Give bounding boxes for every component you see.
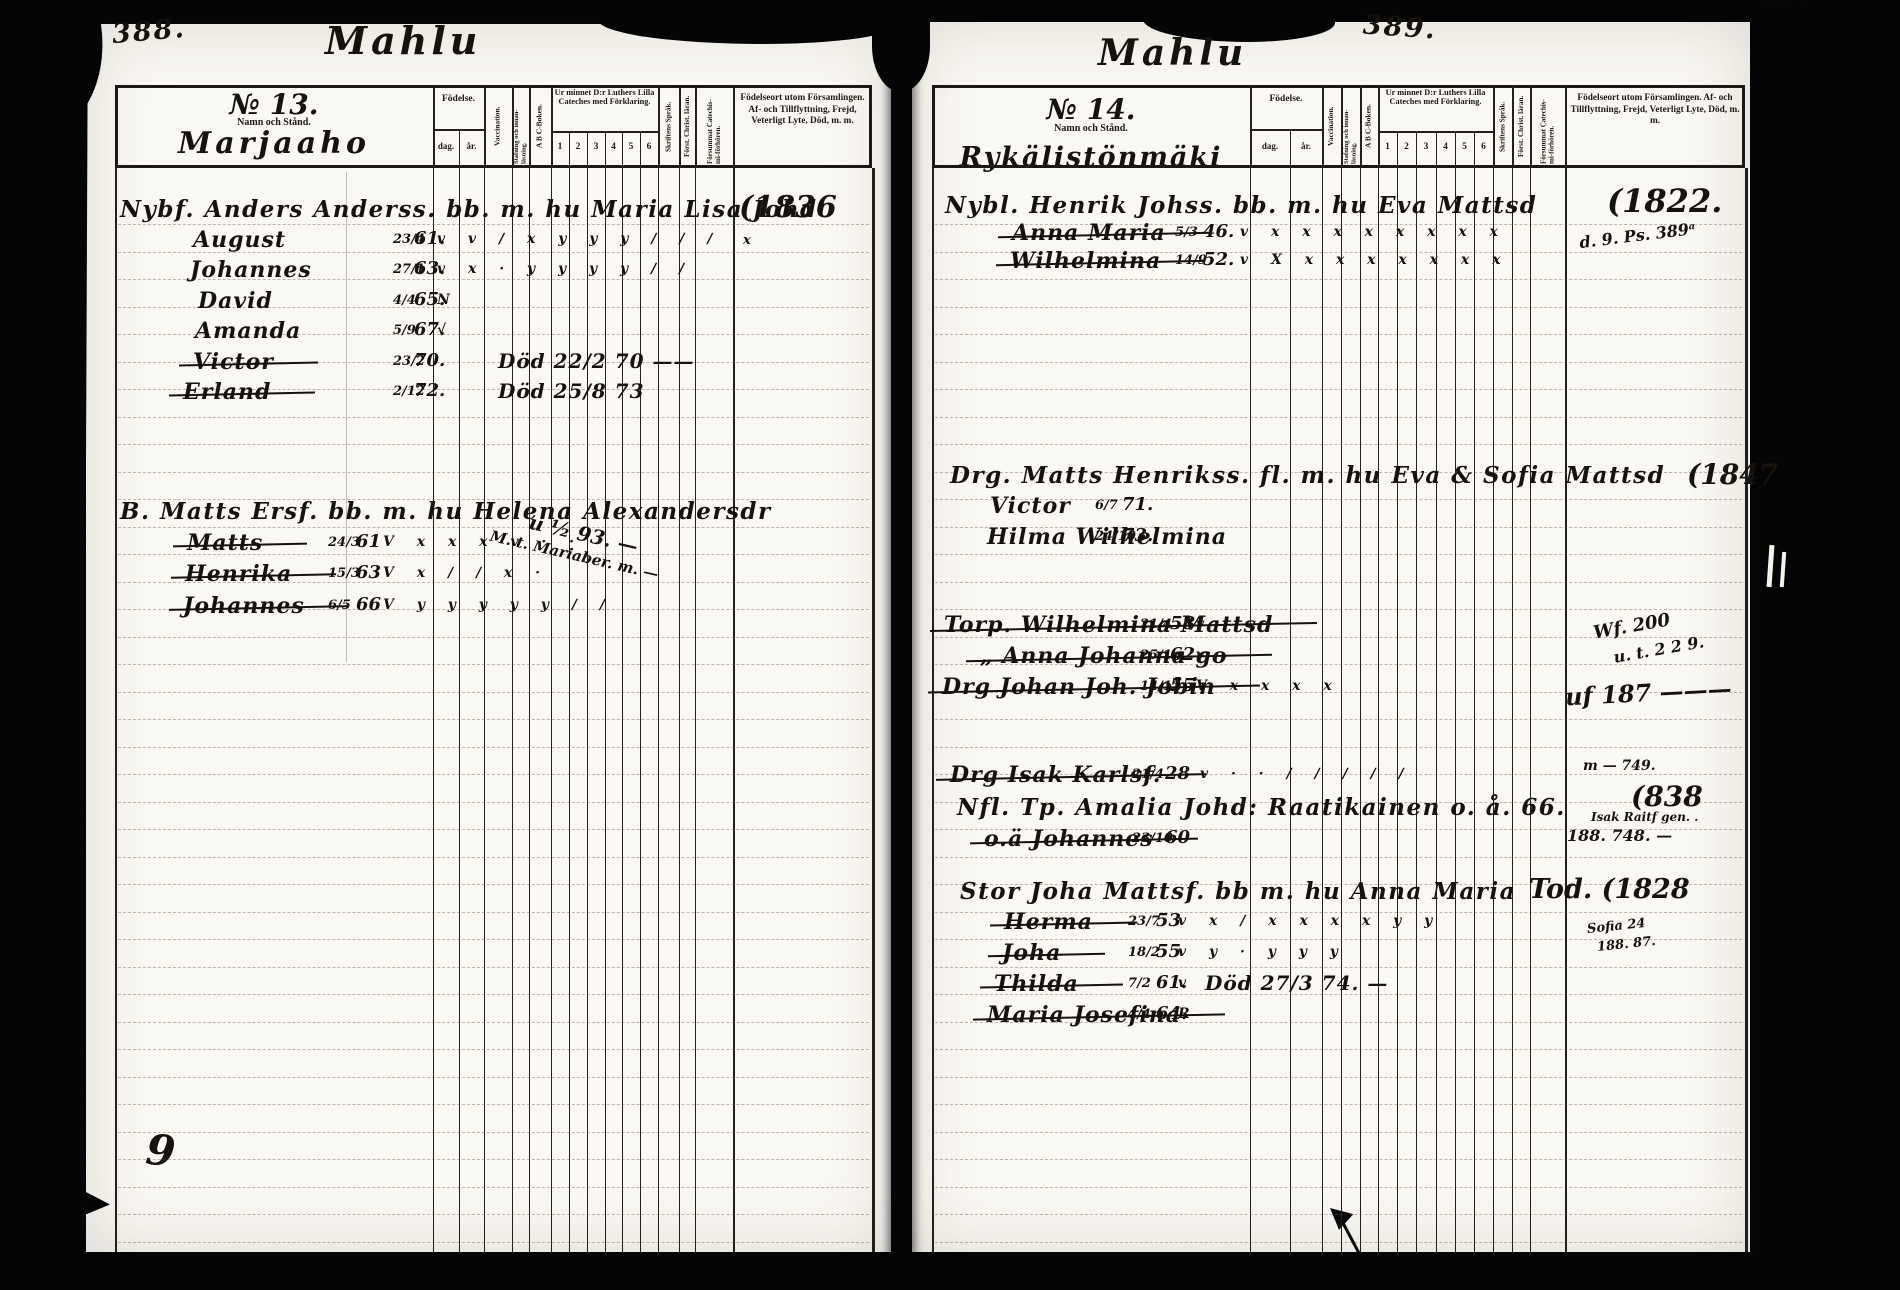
death-note: Död 27/3 74. — — [1205, 971, 1388, 995]
person-name: David — [198, 288, 273, 314]
column-line — [1397, 168, 1398, 1252]
ruling-line — [118, 472, 869, 473]
ruling-line — [935, 1159, 1742, 1160]
column-line — [872, 168, 875, 1252]
birth-year: 60 — [1165, 827, 1190, 848]
person-name: Herma — [1004, 909, 1093, 935]
ruling-line — [118, 664, 869, 665]
printed-header-label-vertical: Försummat Catechis- mi-förhören. — [695, 89, 733, 164]
exam-marks: v — [1196, 647, 1213, 663]
village-title-left: Mahlu — [325, 18, 481, 63]
birth-year: 58 — [1170, 613, 1195, 634]
person-name: Nybl. Henrik Johss. bb. m. hu Eva Mattsd — [945, 192, 1537, 219]
ruling-line — [935, 279, 1742, 280]
exam-marks: v y · y y y — [1178, 944, 1347, 960]
printed-header-label: 4 — [605, 142, 622, 153]
margin-note: (1836 — [739, 190, 837, 225]
printed-header-label: dag. — [433, 141, 459, 151]
person-name: Matts — [187, 530, 263, 556]
ruling-line — [935, 1214, 1742, 1215]
rule-line — [1250, 129, 1322, 131]
ruling-line — [118, 1104, 869, 1105]
printed-header-label: Födelseort utom Församlingen. Af- och Ti… — [737, 93, 868, 128]
printed-header-label: Ur minnet D:r Luthers Lilla Cateches med… — [1380, 88, 1491, 107]
person-name: Johannes — [183, 593, 305, 619]
column-line — [1436, 168, 1437, 1252]
person-name: Nfl. Tp. Amalia Johd: Raatikainen o. å. … — [957, 794, 1566, 821]
ruling-line — [118, 1159, 869, 1160]
page-number-right: 389. — [1362, 9, 1438, 45]
exam-marks: V x ∕ ∕ x · — [383, 565, 549, 581]
exam-marks: V y y y y y ∕ ∕ — [383, 597, 614, 613]
scan-margin-right — [1750, 0, 1900, 1290]
ruling-line — [935, 334, 1742, 335]
margin-note: Tod. (1828 — [1529, 874, 1690, 905]
death-note: Död 22/2 70 —— — [498, 349, 694, 373]
exam-marks: v x · y y y y ∕ ∕ — [437, 261, 693, 277]
column-line — [1474, 168, 1475, 1252]
birth-year: 28 — [1165, 763, 1190, 784]
ruling-line — [118, 692, 869, 693]
person-name: Johannes — [190, 257, 312, 283]
column-line — [1455, 168, 1456, 1252]
ruling-line — [935, 1104, 1742, 1105]
ruling-line — [935, 389, 1742, 390]
ruling-line — [935, 307, 1742, 308]
person-name: Wilhelmina — [1010, 248, 1161, 274]
printed-header-label-vertical: Först. Christ. läran. — [1512, 89, 1530, 164]
birth-day: 5/9 — [393, 323, 416, 338]
ruling-line — [118, 1187, 869, 1188]
birth-day: 25/1 — [1140, 648, 1172, 663]
book-binding — [891, 0, 912, 1290]
person-name: Nybf. Anders Anderss. bb. m. hu Maria Li… — [120, 196, 818, 223]
column-line — [529, 168, 530, 1252]
person-name: Anna Maria — [1012, 220, 1166, 246]
exam-marks: N — [437, 292, 459, 308]
exam-marks: v x ∕ x x x x y y — [1178, 913, 1441, 929]
column-line — [733, 85, 735, 168]
column-line — [1493, 168, 1494, 1252]
ruling-line — [118, 637, 869, 638]
margin-note: Isak Raitf gen. . — [1591, 810, 1698, 824]
ruling-line — [935, 1077, 1742, 1078]
printed-header-label: 5 — [622, 142, 640, 153]
ruling-line — [935, 719, 1742, 720]
printed-header-label: år. — [1290, 141, 1322, 151]
page-number-left: 388. — [111, 13, 187, 50]
column-line — [115, 168, 117, 1252]
ruling-line — [118, 884, 869, 885]
person-name: Henrika — [185, 561, 292, 587]
birth-day: 5/3 — [1175, 225, 1198, 240]
ruling-line — [935, 362, 1742, 363]
column-line — [569, 168, 570, 1252]
printed-header-label: 1 — [1378, 142, 1397, 153]
ruling-line — [118, 1049, 869, 1050]
column-line — [1745, 168, 1748, 1252]
printed-header-label-vertical: Skriftens Språk. — [1493, 89, 1512, 164]
scan-margin-left — [0, 0, 88, 1290]
column-line — [1416, 168, 1417, 1252]
column-line — [551, 168, 552, 1252]
ruling-line — [118, 829, 869, 830]
printed-header-label-vertical: Vaccination. — [484, 89, 512, 164]
ruling-line — [935, 747, 1742, 748]
column-line — [1250, 168, 1251, 1252]
margin-note: (838 — [1631, 780, 1703, 813]
margin-note: (1847 — [1687, 458, 1778, 491]
exam-marks: v X x x x x x x x — [1240, 252, 1509, 268]
printed-header-label-vertical: Stafning och innan-läsning. — [1341, 89, 1360, 164]
column-line — [459, 168, 460, 1252]
ruling-line — [118, 802, 869, 803]
column-line — [640, 168, 641, 1252]
person-name: o.ä Johannes — [984, 826, 1154, 852]
birth-day: 21/4 — [1132, 767, 1164, 782]
person-name: B. Matts Ersf. bb. m. hu Helena Alexande… — [120, 498, 772, 525]
rule-line — [551, 131, 658, 133]
exam-marks: v x x x x x x x x — [1240, 224, 1507, 240]
ruling-line — [118, 1077, 869, 1078]
column-line — [1530, 168, 1531, 1252]
birth-year: 62 — [1170, 644, 1195, 665]
printed-header-label: dag. — [1250, 141, 1290, 151]
printed-header-label: 3 — [1416, 142, 1436, 153]
binding-top-blot — [872, 0, 930, 92]
ruling-line — [118, 747, 869, 748]
person-name: Maria Josefina — [987, 1002, 1181, 1028]
scanned-parish-register: 388. 389. Mahlu Mahlu № 13. Namn och Stå… — [0, 0, 1900, 1290]
birth-day: 4/4 — [1128, 1007, 1151, 1022]
birth-year: 70. — [414, 350, 445, 371]
printed-header-label: 2 — [1397, 142, 1416, 153]
person-name: August — [193, 227, 286, 253]
exam-marks: v — [1178, 975, 1195, 991]
printed-header-label-vertical: Stafning och innan-läsning. — [512, 89, 529, 164]
exam-marks: v — [1196, 616, 1213, 632]
column-line — [484, 168, 485, 1252]
person-name: Thilda — [994, 971, 1079, 997]
ruling-line — [935, 582, 1742, 583]
column-line — [695, 168, 696, 1252]
column-line — [1341, 168, 1342, 1252]
birth-day: 6/7 — [1095, 498, 1118, 513]
person-name: Stor Joha Mattsf. bb m. hu Anna Maria — [960, 878, 1516, 905]
exam-marks: v v ∕ x y y y ∕ ∕ ∕ — [437, 231, 721, 247]
column-line — [1378, 168, 1379, 1252]
village-title-right: Mahlu — [1098, 32, 1247, 74]
exam-marks: v · · ∕ ∕ ∕ ∕ ∕ — [1200, 766, 1413, 782]
ruling-line — [935, 1132, 1742, 1133]
rule-line — [433, 129, 484, 131]
ruling-line — [935, 857, 1742, 858]
printed-header-label: år. — [459, 141, 484, 151]
printed-header-label-vertical: Först. Christ. läran. — [679, 89, 695, 164]
printed-header-label: 4 — [1436, 142, 1455, 153]
birth-year: 71. — [1122, 494, 1153, 515]
printed-header-label: 6 — [640, 142, 658, 153]
margin-note: 188. 748. — — [1567, 826, 1672, 845]
ruling-line — [118, 912, 869, 913]
person-name: Victor — [193, 349, 274, 375]
scan-margin-bottom — [0, 1252, 1900, 1290]
person-name: Torp. Wilhelmina Mattsd — [944, 612, 1273, 638]
ruling-line — [935, 967, 1742, 968]
person-name: Drg. Matts Henrikss. fl. m. hu Eva & Sof… — [950, 462, 1665, 489]
printed-header-label: Födelseort utom Församlingen. Af- och Ti… — [1569, 93, 1741, 128]
printed-header-label: 3 — [587, 142, 605, 153]
person-name: Amanda — [195, 318, 301, 344]
ruling-line — [118, 719, 869, 720]
birth-day: 21/4 — [1140, 617, 1172, 632]
column-line — [1512, 168, 1513, 1252]
birth-day: 4/4 — [393, 293, 416, 308]
ruling-line — [118, 1214, 869, 1215]
ruling-line — [118, 1242, 869, 1243]
exam-marks: V x x x x — [1196, 678, 1341, 694]
ruling-line — [118, 994, 869, 995]
death-note: Död 25/8 73 — [498, 379, 644, 403]
ruling-line — [935, 417, 1742, 418]
birth-year: 52. — [1203, 249, 1234, 270]
printed-header-label-vertical: Vaccination. — [1322, 89, 1341, 164]
printed-header-label-vertical: A B C-Boken. — [1360, 89, 1378, 164]
printed-header-label: 2 — [569, 142, 587, 153]
ruling-line — [935, 609, 1742, 610]
ruling-line — [118, 444, 869, 445]
ruling-line — [118, 967, 869, 968]
ruling-line — [935, 444, 1742, 445]
column-line — [622, 168, 623, 1252]
exam-marks: √ — [437, 322, 455, 338]
person-name: Joha — [1002, 940, 1061, 966]
column-line — [679, 168, 680, 1252]
printed-header-label-vertical: A B C-Boken. — [529, 89, 551, 164]
ruling-line — [118, 1022, 869, 1023]
column-line — [605, 168, 606, 1252]
printed-header-label: Ur minnet D:r Luthers Lilla Cateches med… — [553, 88, 656, 107]
ruling-line — [935, 554, 1742, 555]
margin-note: x — [743, 233, 751, 248]
ruling-line — [935, 1049, 1742, 1050]
column-line — [1360, 168, 1361, 1252]
printed-header-label: Födelse. — [1250, 94, 1322, 105]
birth-day: 7/2 — [1128, 976, 1151, 991]
column-line — [658, 168, 659, 1252]
printed-header-label: 5 — [1455, 142, 1474, 153]
birth-year: 55 — [1170, 675, 1195, 696]
column-line — [733, 168, 735, 1252]
birth-year: 73. — [1122, 525, 1153, 546]
column-line — [1565, 85, 1567, 168]
rule-line — [1378, 131, 1493, 133]
ruling-line — [118, 857, 869, 858]
ruling-line — [118, 774, 869, 775]
printed-header-label: 6 — [1474, 142, 1493, 153]
ruling-line — [118, 939, 869, 940]
printed-header-label-vertical: Försummat Catechis- mi-förhören. — [1530, 89, 1565, 164]
column-line — [512, 168, 513, 1252]
ruling-line — [118, 1132, 869, 1133]
person-name: Drg Isak Karlsf. — [950, 762, 1162, 788]
column-line — [1290, 168, 1291, 1252]
birth-year: 61 — [356, 531, 381, 552]
birth-year: 66 — [356, 594, 381, 615]
ruling-line — [935, 1242, 1742, 1243]
birth-year: 72. — [414, 380, 445, 401]
printed-header-label-vertical: Skriftens Språk. — [658, 89, 679, 164]
column-line — [587, 168, 588, 1252]
column-line — [932, 168, 934, 1252]
person-name: Victor — [990, 493, 1071, 519]
person-name: Erland — [183, 379, 271, 405]
printed-header-label: 1 — [551, 142, 569, 153]
birth-year: 63 — [356, 562, 381, 583]
exam-marks: R — [1178, 1006, 1199, 1022]
margin-note: m — 749. — [1583, 758, 1656, 774]
printed-header-label: Födelse. — [433, 94, 484, 105]
margin-note: (1822. — [1607, 182, 1722, 220]
column-line — [1322, 168, 1323, 1252]
birth-year: 46. — [1203, 221, 1234, 242]
birth-day: 6/5 — [328, 598, 351, 613]
ruling-line — [118, 417, 869, 418]
ruling-line — [935, 1187, 1742, 1188]
